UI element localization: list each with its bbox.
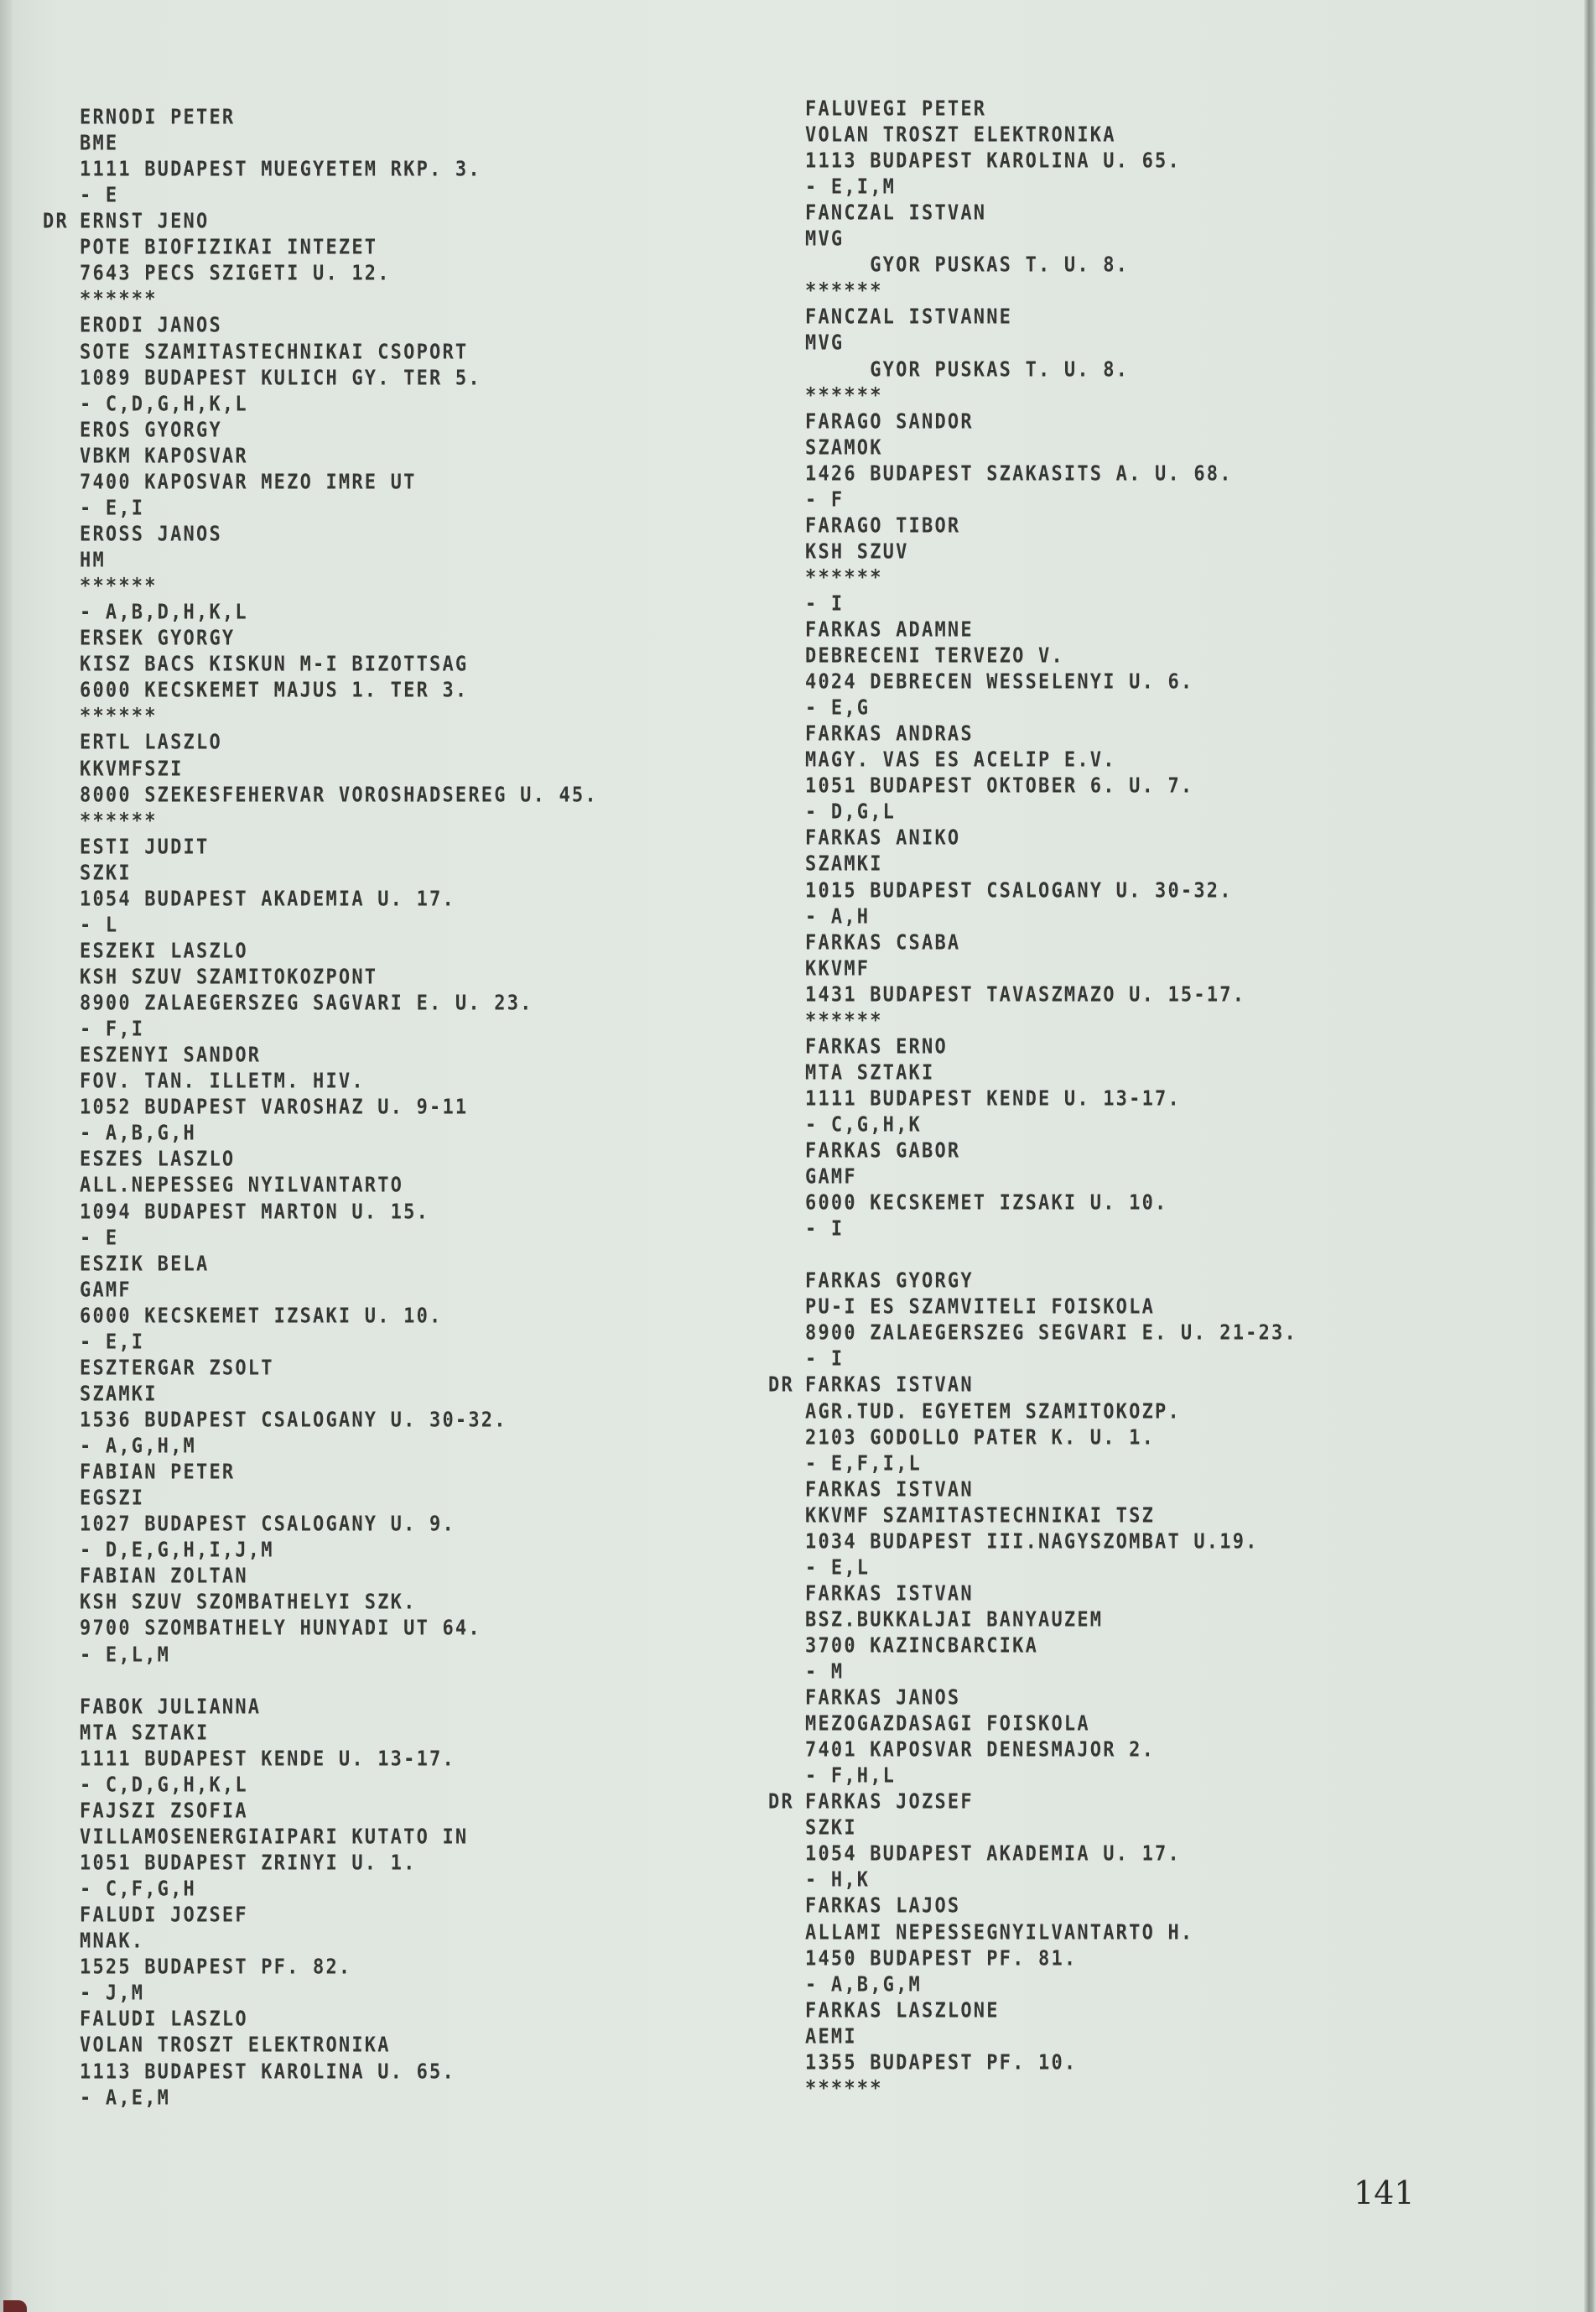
line-text: 1111 BUDAPEST KENDE U. 13-17. xyxy=(80,1747,455,1771)
line-text: 1051 BUDAPEST OKTOBER 6. U. 7. xyxy=(805,775,1193,799)
directory-line: 1089 BUDAPEST KULICH GY. TER 5. xyxy=(80,367,481,391)
directory-line: FALUDI JOZSEF xyxy=(80,1904,248,1929)
directory-line: FARKAS JANOS xyxy=(805,1686,960,1711)
line-text: - A,B,D,H,K,L xyxy=(80,601,248,625)
directory-line: ****** xyxy=(80,289,158,313)
directory-line: 6000 KECSKEMET MAJUS 1. TER 3. xyxy=(80,680,468,704)
line-text: - E,F,I,L xyxy=(805,1452,922,1476)
directory-line: ****** xyxy=(805,566,883,591)
directory-line: - C,F,G,H xyxy=(80,1878,196,1903)
line-text: DEBRECENI TERVEZO V. xyxy=(805,644,1064,668)
line-text: 1525 BUDAPEST PF. 82. xyxy=(80,1956,351,1980)
directory-line: 1051 BUDAPEST OKTOBER 6. U. 7. xyxy=(805,775,1193,799)
directory-line: - H,K xyxy=(805,1869,870,1893)
line-text: ESZEKI LASZLO xyxy=(80,940,248,963)
directory-line: FARKAS GYORGY xyxy=(805,1270,974,1294)
directory-line: - E,G xyxy=(805,697,870,721)
directory-line: - E,I xyxy=(80,497,144,521)
line-text: FABIAN ZOLTAN xyxy=(80,1565,248,1589)
directory-line: ****** xyxy=(805,384,883,409)
line-text: 8900 ZALAEGERSZEG SAGVARI E. U. 23. xyxy=(80,992,533,1015)
directory-line: 1525 BUDAPEST PF. 82. xyxy=(80,1956,351,1981)
directory-line: PU-I ES SZAMVITELI FOISKOLA xyxy=(805,1296,1155,1320)
directory-line: 6000 KECSKEMET IZSAKI U. 10. xyxy=(805,1192,1167,1216)
line-text: - H,K xyxy=(805,1869,870,1893)
directory-line: MVG xyxy=(805,228,844,253)
directory-line: 2103 GODOLLO PATER K. U. 1. xyxy=(805,1426,1155,1450)
directory-line: SZAMOK xyxy=(805,436,883,461)
line-text: 1089 BUDAPEST KULICH GY. TER 5. xyxy=(80,367,481,390)
line-text: ****** xyxy=(80,706,158,729)
line-text: KSH SZUV SZAMITOKOZPONT xyxy=(80,966,377,989)
title-prefix: DR xyxy=(768,1791,794,1815)
line-text: MVG xyxy=(805,332,844,356)
line-text: GAMF xyxy=(80,1278,132,1302)
line-text: - C,F,G,H xyxy=(80,1878,196,1902)
line-text: EROSS JANOS xyxy=(80,523,222,546)
line-text: - F,H,L xyxy=(805,1765,896,1789)
line-text: FARKAS LASZLONE xyxy=(805,1999,1000,2023)
directory-line: GYOR PUSKAS T. U. 8. xyxy=(805,254,1129,279)
line-text: SZAMOK xyxy=(805,436,883,460)
line-text: 1034 BUDAPEST III.NAGYSZOMBAT U.19. xyxy=(805,1530,1259,1554)
directory-line: BME xyxy=(80,132,118,156)
directory-line: MTA SZTAKI xyxy=(80,1721,209,1746)
line-text: 1027 BUDAPEST CSALOGANY U. 9. xyxy=(80,1513,455,1537)
line-text: KKVMF SZAMITASTECHNIKAI TSZ xyxy=(805,1504,1155,1528)
title-prefix: DR xyxy=(43,211,69,235)
line-text: FARKAS GABOR xyxy=(805,1139,960,1163)
directory-line: FARKAS LASZLONE xyxy=(805,1999,1000,2023)
line-text: 1536 BUDAPEST CSALOGANY U. 30-32. xyxy=(80,1409,507,1432)
directory-line: 1054 BUDAPEST AKADEMIA U. 17. xyxy=(805,1843,1181,1867)
line-text: - E,L xyxy=(805,1556,870,1580)
line-text: 1111 BUDAPEST MUEGYETEM RKP. 3. xyxy=(80,159,481,182)
directory-line: 1111 BUDAPEST KENDE U. 13-17. xyxy=(80,1747,455,1772)
directory-line: ERNODI PETER xyxy=(80,106,235,130)
line-text: - I xyxy=(805,1218,844,1242)
line-text: - E,I xyxy=(80,1330,144,1354)
line-text: 7643 PECS SZIGETI U. 12. xyxy=(80,263,391,286)
line-text: - D,E,G,H,I,J,M xyxy=(80,1539,274,1563)
directory-line: - I xyxy=(805,1348,844,1372)
directory-line: ****** xyxy=(80,575,158,600)
line-text: GYOR PUSKAS T. U. 8. xyxy=(805,358,1129,382)
line-text: FALUVEGI PETER xyxy=(805,97,986,121)
line-text: FARKAS ISTVAN xyxy=(805,1582,974,1606)
title-prefix: DR xyxy=(768,1374,794,1398)
line-text: MTA SZTAKI xyxy=(805,1061,934,1085)
line-text: ****** xyxy=(805,384,883,408)
directory-line: FARKAS LAJOS xyxy=(805,1895,960,1919)
directory-line: EROSS JANOS xyxy=(80,523,222,547)
directory-line: ESZIK BELA xyxy=(80,1252,209,1277)
line-text: - A,H xyxy=(805,905,870,929)
directory-line: ERODI JANOS xyxy=(80,315,222,339)
directory-line: ****** xyxy=(805,1009,883,1034)
line-text: FARAGO SANDOR xyxy=(805,410,974,434)
line-text: FARKAS ANDRAS xyxy=(805,723,974,747)
directory-line: 8900 ZALAEGERSZEG SEGVARI E. U. 21-23. xyxy=(805,1322,1297,1346)
directory-line: 1426 BUDAPEST SZAKASITS A. U. 68. xyxy=(805,462,1233,487)
line-text: FARKAS ISTVAN xyxy=(805,1374,974,1398)
directory-line: FABIAN ZOLTAN xyxy=(80,1565,248,1590)
directory-line: BSZ.BUKKALJAI BANYAUZEM xyxy=(805,1608,1103,1632)
line-text: 7400 KAPOSVAR MEZO IMRE UT xyxy=(80,471,417,494)
line-text: 1111 BUDAPEST KENDE U. 13-17. xyxy=(805,1087,1181,1111)
directory-line: FARKAS GABOR xyxy=(805,1139,960,1164)
directory-line: ****** xyxy=(80,810,158,834)
directory-line: 1450 BUDAPEST PF. 81. xyxy=(805,1947,1077,1971)
line-text: 1431 BUDAPEST TAVASZMAZO U. 15-17. xyxy=(805,983,1245,1007)
directory-line: - A,H xyxy=(805,905,870,929)
directory-line: - E,L xyxy=(805,1556,870,1580)
line-text: FARKAS CSABA xyxy=(805,931,960,955)
directory-line: - A,E,M xyxy=(80,2086,170,2111)
line-text: - E,I xyxy=(80,497,144,520)
directory-line: 8000 SZEKESFEHERVAR VOROSHADSEREG U. 45. xyxy=(80,784,598,808)
line-text: FANCZAL ISTVANNE xyxy=(805,306,1012,330)
line-text: BSZ.BUKKALJAI BANYAUZEM xyxy=(805,1608,1103,1632)
directory-line: GAMF xyxy=(80,1278,132,1303)
line-text: SZKI xyxy=(80,862,132,885)
binding-mark xyxy=(3,2300,27,2312)
line-text: - C,D,G,H,K,L xyxy=(80,1773,248,1797)
line-text: FARKAS JANOS xyxy=(805,1686,960,1710)
line-text: ERODI JANOS xyxy=(80,315,222,338)
line-text: ESZENYI SANDOR xyxy=(80,1044,261,1068)
line-text: - L xyxy=(80,914,118,937)
directory-line: 3700 KAZINCBARCIKA xyxy=(805,1634,1038,1658)
directory-line: AGR.TUD. EGYETEM SZAMITOKOZP. xyxy=(805,1400,1181,1424)
directory-line: FAJSZI ZSOFIA xyxy=(80,1799,248,1824)
line-text: EROS GYORGY xyxy=(80,419,222,442)
line-text: 8900 ZALAEGERSZEG SEGVARI E. U. 21-23. xyxy=(805,1322,1297,1346)
directory-line: SZAMKI xyxy=(80,1383,158,1407)
directory-line: ERSEK GYORGY xyxy=(80,627,235,652)
line-text: FALUDI JOZSEF xyxy=(80,1904,248,1928)
line-text: 1054 BUDAPEST AKADEMIA U. 17. xyxy=(805,1843,1181,1867)
directory-line: POTE BIOFIZIKAI INTEZET xyxy=(80,237,377,261)
directory-line: ****** xyxy=(80,706,158,730)
line-text: ALL.NEPESSEG NYILVANTARTO xyxy=(80,1174,403,1198)
directory-line: KKVMF xyxy=(805,957,870,982)
line-text: AGR.TUD. EGYETEM SZAMITOKOZP. xyxy=(805,1400,1181,1424)
directory-line: - F xyxy=(805,488,844,513)
line-text: ESTI JUDIT xyxy=(80,836,209,859)
directory-line: 6000 KECSKEMET IZSAKI U. 10. xyxy=(80,1304,442,1329)
directory-line: 7643 PECS SZIGETI U. 12. xyxy=(80,263,391,287)
line-text: FABOK JULIANNA xyxy=(80,1695,261,1719)
directory-line: - E xyxy=(80,1226,118,1251)
line-text: EGSZI xyxy=(80,1487,144,1511)
line-text: ****** xyxy=(805,2077,883,2101)
line-text: 1054 BUDAPEST AKADEMIA U. 17. xyxy=(80,888,455,911)
line-text: KKVMF xyxy=(805,957,870,981)
line-text: ESZIK BELA xyxy=(80,1252,209,1276)
directory-line: 1113 BUDAPEST KAROLINA U. 65. xyxy=(80,2060,455,2085)
line-text: FARKAS LAJOS xyxy=(805,1895,960,1919)
line-text: MVG xyxy=(805,228,844,252)
directory-line: ALLAMI NEPESSEGNYILVANTARTO H. xyxy=(805,1921,1193,1945)
directory-line: 1015 BUDAPEST CSALOGANY U. 30-32. xyxy=(805,879,1233,903)
directory-line: 9700 SZOMBATHELY HUNYADI UT 64. xyxy=(80,1617,481,1642)
directory-line: SOTE SZAMITASTECHNIKAI CSOPORT xyxy=(80,341,468,365)
directory-line: 7401 KAPOSVAR DENESMAJOR 2. xyxy=(805,1739,1155,1763)
line-text: - D,G,L xyxy=(805,801,896,825)
line-text: - C,D,G,H,K,L xyxy=(80,393,248,416)
directory-line: ESZTERGAR ZSOLT xyxy=(80,1356,274,1381)
line-text: ALLAMI NEPESSEGNYILVANTARTO H. xyxy=(805,1921,1193,1945)
directory-line: FANCZAL ISTVAN xyxy=(805,202,986,227)
directory-line: - A,B,G,M xyxy=(805,1973,922,1997)
directory-line: VOLAN TROSZT ELEKTRONIKA xyxy=(80,2034,391,2059)
line-text: FARKAS ISTVAN xyxy=(805,1478,974,1502)
line-text: MTA SZTAKI xyxy=(80,1721,209,1745)
directory-line: 1054 BUDAPEST AKADEMIA U. 17. xyxy=(80,888,455,912)
directory-line: FANCZAL ISTVANNE xyxy=(805,306,1012,331)
line-text: - E xyxy=(80,1226,118,1250)
directory-line: - L xyxy=(80,914,118,938)
line-text: FARKAS ADAMNE xyxy=(805,618,974,642)
line-text: 6000 KECSKEMET IZSAKI U. 10. xyxy=(80,1304,442,1328)
directory-line: EROS GYORGY xyxy=(80,419,222,443)
directory-line: FALUVEGI PETER xyxy=(805,97,986,122)
line-text: FANCZAL ISTVAN xyxy=(805,202,986,226)
line-text: KSH SZUV SZOMBATHELYI SZK. xyxy=(80,1591,417,1615)
directory-line: ****** xyxy=(805,2077,883,2101)
directory-line: VILLAMOSENERGIAIPARI KUTATO IN xyxy=(80,1825,468,1850)
line-text: 6000 KECSKEMET IZSAKI U. 10. xyxy=(805,1192,1167,1216)
directory-line: - I xyxy=(805,592,844,617)
page-left-edge xyxy=(0,0,12,2312)
directory-line: KISZ BACS KISKUN M-I BIZOTTSAG xyxy=(80,654,468,678)
directory-line: 8900 ZALAEGERSZEG SAGVARI E. U. 23. xyxy=(80,992,533,1016)
directory-line: KKVMF SZAMITASTECHNIKAI TSZ xyxy=(805,1504,1155,1528)
line-text: MAGY. VAS ES ACELIP E.V. xyxy=(805,749,1116,773)
directory-line: FARAGO TIBOR xyxy=(805,514,960,539)
directory-line: - J,M xyxy=(80,1982,144,2007)
directory-line: HM xyxy=(80,549,106,573)
directory-line: ESZES LASZLO xyxy=(80,1148,235,1173)
directory-line: - F,H,L xyxy=(805,1765,896,1789)
line-text: - I xyxy=(805,1348,844,1372)
line-text: 1094 BUDAPEST MARTON U. 15. xyxy=(80,1200,429,1224)
directory-line: FARKAS CSABA xyxy=(805,931,960,956)
line-text: AEMI xyxy=(805,2025,857,2049)
directory-line: 1034 BUDAPEST III.NAGYSZOMBAT U.19. xyxy=(805,1530,1259,1554)
line-text: ERNST JENO xyxy=(80,211,209,234)
directory-line: 1027 BUDAPEST CSALOGANY U. 9. xyxy=(80,1513,455,1538)
directory-line: KSH SZUV xyxy=(805,540,909,565)
directory-line: - I xyxy=(805,1218,844,1242)
line-text: 7401 KAPOSVAR DENESMAJOR 2. xyxy=(805,1739,1155,1763)
line-text: - E,G xyxy=(805,697,870,721)
line-text: ****** xyxy=(805,280,883,304)
directory-line: KKVMFSZI xyxy=(80,758,184,782)
line-text: 3700 KAZINCBARCIKA xyxy=(805,1634,1038,1658)
page-right-edge xyxy=(1584,0,1596,2312)
line-text: SZAMKI xyxy=(80,1383,158,1406)
directory-line: - C,G,H,K xyxy=(805,1113,922,1138)
page-number: 141 xyxy=(1354,2174,1415,2211)
directory-line: SZKI xyxy=(80,862,132,886)
directory-line: ****** xyxy=(805,280,883,305)
line-text: 9700 SZOMBATHELY HUNYADI UT 64. xyxy=(80,1617,481,1641)
line-text: - F,I xyxy=(80,1018,144,1042)
directory-line: 1111 BUDAPEST MUEGYETEM RKP. 3. xyxy=(80,159,481,183)
directory-line: MTA SZTAKI xyxy=(805,1061,934,1086)
line-text: MEZOGAZDASAGI FOISKOLA xyxy=(805,1713,1090,1737)
line-text: GYOR PUSKAS T. U. 8. xyxy=(805,254,1129,278)
directory-line: 1431 BUDAPEST TAVASZMAZO U. 15-17. xyxy=(805,983,1245,1008)
line-text: FARKAS ERNO xyxy=(805,1035,948,1059)
line-text: ****** xyxy=(80,575,158,599)
directory-line: 1111 BUDAPEST KENDE U. 13-17. xyxy=(805,1087,1181,1112)
directory-line: FARKAS ISTVAN xyxy=(805,1582,974,1606)
directory-line: DRERNST JENO xyxy=(80,211,209,235)
directory-line: ALL.NEPESSEG NYILVANTARTO xyxy=(80,1174,403,1199)
line-text: 8000 SZEKESFEHERVAR VOROSHADSEREG U. 45. xyxy=(80,784,598,807)
directory-line: KSH SZUV SZOMBATHELYI SZK. xyxy=(80,1591,417,1616)
line-text: 1113 BUDAPEST KAROLINA U. 65. xyxy=(80,2060,455,2084)
line-text: 1426 BUDAPEST SZAKASITS A. U. 68. xyxy=(805,462,1233,486)
line-text: MNAK. xyxy=(80,1930,144,1954)
line-text: - A,B,G,H xyxy=(80,1122,196,1146)
directory-line: FARKAS ISTVAN xyxy=(805,1478,974,1502)
directory-line: FARKAS ADAMNE xyxy=(805,618,974,643)
directory-line: - C,D,G,H,K,L xyxy=(80,1773,248,1798)
line-text: KISZ BACS KISKUN M-I BIZOTTSAG xyxy=(80,654,468,677)
line-text: 1052 BUDAPEST VAROSHAZ U. 9-11 xyxy=(80,1096,468,1120)
line-text: - C,G,H,K xyxy=(805,1113,922,1137)
line-text: ****** xyxy=(805,566,883,590)
directory-line: MVG xyxy=(805,332,844,357)
line-text: ****** xyxy=(80,810,158,833)
line-text: VILLAMOSENERGIAIPARI KUTATO IN xyxy=(80,1825,468,1849)
directory-line: MEZOGAZDASAGI FOISKOLA xyxy=(805,1713,1090,1737)
line-text: - I xyxy=(805,592,844,616)
line-text: FARKAS JOZSEF xyxy=(805,1791,974,1815)
line-text: - M xyxy=(805,1660,844,1684)
line-text: ERTL LASZLO xyxy=(80,732,222,755)
directory-line: - E xyxy=(80,185,118,209)
directory-line: ESTI JUDIT xyxy=(80,836,209,860)
line-text: 1015 BUDAPEST CSALOGANY U. 30-32. xyxy=(805,879,1233,903)
directory-line: FARKAS ANIKO xyxy=(805,827,960,851)
line-text: KKVMFSZI xyxy=(80,758,184,781)
line-text: - E xyxy=(80,185,118,208)
directory-line: - C,D,G,H,K,L xyxy=(80,393,248,417)
directory-line: 1051 BUDAPEST ZRINYI U. 1. xyxy=(80,1851,417,1876)
directory-line: - E,F,I,L xyxy=(805,1452,922,1476)
directory-line: DRFARKAS JOZSEF xyxy=(805,1791,974,1815)
directory-line: 1094 BUDAPEST MARTON U. 15. xyxy=(80,1200,429,1225)
directory-line: MNAK. xyxy=(80,1930,144,1955)
directory-line: - D,E,G,H,I,J,M xyxy=(80,1539,274,1564)
line-text: KSH SZUV xyxy=(805,540,909,564)
directory-line: AEMI xyxy=(805,2025,857,2049)
line-text: ESZTERGAR ZSOLT xyxy=(80,1356,274,1380)
directory-line: VBKM KAPOSVAR xyxy=(80,445,248,469)
line-text: 1113 BUDAPEST KAROLINA U. 65. xyxy=(805,150,1181,174)
line-text: - A,B,G,M xyxy=(805,1973,922,1997)
directory-line: ESZEKI LASZLO xyxy=(80,940,248,964)
line-text: HM xyxy=(80,549,106,572)
line-text: FABIAN PETER xyxy=(80,1461,235,1485)
line-text: ****** xyxy=(80,289,158,312)
line-text: 1355 BUDAPEST PF. 10. xyxy=(805,2051,1077,2075)
directory-line: 1052 BUDAPEST VAROSHAZ U. 9-11 xyxy=(80,1096,468,1121)
directory-line: ERTL LASZLO xyxy=(80,732,222,756)
directory-line: 4024 DEBRECEN WESSELENYI U. 6. xyxy=(805,671,1193,695)
directory-line: KSH SZUV SZAMITOKOZPONT xyxy=(80,966,377,990)
line-text: SZAMKI xyxy=(805,853,883,877)
directory-line: FOV. TAN. ILLETM. HIV. xyxy=(80,1070,365,1095)
directory-line: FARAGO SANDOR xyxy=(805,410,974,435)
directory-line: MAGY. VAS ES ACELIP E.V. xyxy=(805,749,1116,773)
line-text: FARKAS ANIKO xyxy=(805,827,960,851)
line-text: PU-I ES SZAMVITELI FOISKOLA xyxy=(805,1296,1155,1320)
directory-line: - D,G,L xyxy=(805,801,896,825)
directory-line: GAMF xyxy=(805,1165,857,1190)
directory-line: DRFARKAS ISTVAN xyxy=(805,1374,974,1398)
line-text: VBKM KAPOSVAR xyxy=(80,445,248,468)
line-text: VOLAN TROSZT ELEKTRONIKA xyxy=(805,123,1116,147)
line-text: FAJSZI ZSOFIA xyxy=(80,1799,248,1823)
line-text: ESZES LASZLO xyxy=(80,1148,235,1172)
directory-line: ESZENYI SANDOR xyxy=(80,1044,261,1069)
directory-line: DEBRECENI TERVEZO V. xyxy=(805,644,1064,669)
line-text: - E,I,M xyxy=(805,176,896,200)
line-text: ERNODI PETER xyxy=(80,106,235,129)
directory-line: FARKAS ANDRAS xyxy=(805,723,974,747)
directory-line: FABOK JULIANNA xyxy=(80,1695,261,1720)
line-text: BME xyxy=(80,132,118,155)
line-text: ERSEK GYORGY xyxy=(80,627,235,651)
line-text: SZKI xyxy=(805,1817,857,1841)
line-text: 1051 BUDAPEST ZRINYI U. 1. xyxy=(80,1851,417,1875)
directory-line: 1113 BUDAPEST KAROLINA U. 65. xyxy=(805,150,1181,174)
directory-line: 7400 KAPOSVAR MEZO IMRE UT xyxy=(80,471,417,495)
directory-line: GYOR PUSKAS T. U. 8. xyxy=(805,358,1129,383)
line-text: 6000 KECSKEMET MAJUS 1. TER 3. xyxy=(80,680,468,703)
directory-line: VOLAN TROSZT ELEKTRONIKA xyxy=(805,123,1116,148)
directory-line: FARKAS ERNO xyxy=(805,1035,948,1060)
directory-line: 1355 BUDAPEST PF. 10. xyxy=(805,2051,1077,2075)
line-text: 4024 DEBRECEN WESSELENYI U. 6. xyxy=(805,671,1193,695)
line-text: FARKAS GYORGY xyxy=(805,1270,974,1294)
line-text: VOLAN TROSZT ELEKTRONIKA xyxy=(80,2034,391,2058)
line-text: GAMF xyxy=(805,1165,857,1189)
line-text: - A,E,M xyxy=(80,2086,170,2110)
line-text: - E,L,M xyxy=(80,1643,170,1667)
line-text: - J,M xyxy=(80,1982,144,2006)
line-text: 2103 GODOLLO PATER K. U. 1. xyxy=(805,1426,1155,1450)
line-text: POTE BIOFIZIKAI INTEZET xyxy=(80,237,377,260)
line-text: FALUDI LASZLO xyxy=(80,2008,248,2032)
directory-line: FABIAN PETER xyxy=(80,1461,235,1486)
directory-line: - A,G,H,M xyxy=(80,1435,196,1459)
directory-line: - F,I xyxy=(80,1018,144,1043)
line-text: FARAGO TIBOR xyxy=(805,514,960,538)
line-text: SOTE SZAMITASTECHNIKAI CSOPORT xyxy=(80,341,468,364)
line-text: ****** xyxy=(805,1009,883,1033)
line-text: - A,G,H,M xyxy=(80,1435,196,1458)
line-text: FOV. TAN. ILLETM. HIV. xyxy=(80,1070,365,1094)
directory-line: 1536 BUDAPEST CSALOGANY U. 30-32. xyxy=(80,1409,507,1433)
directory-line: EGSZI xyxy=(80,1487,144,1512)
